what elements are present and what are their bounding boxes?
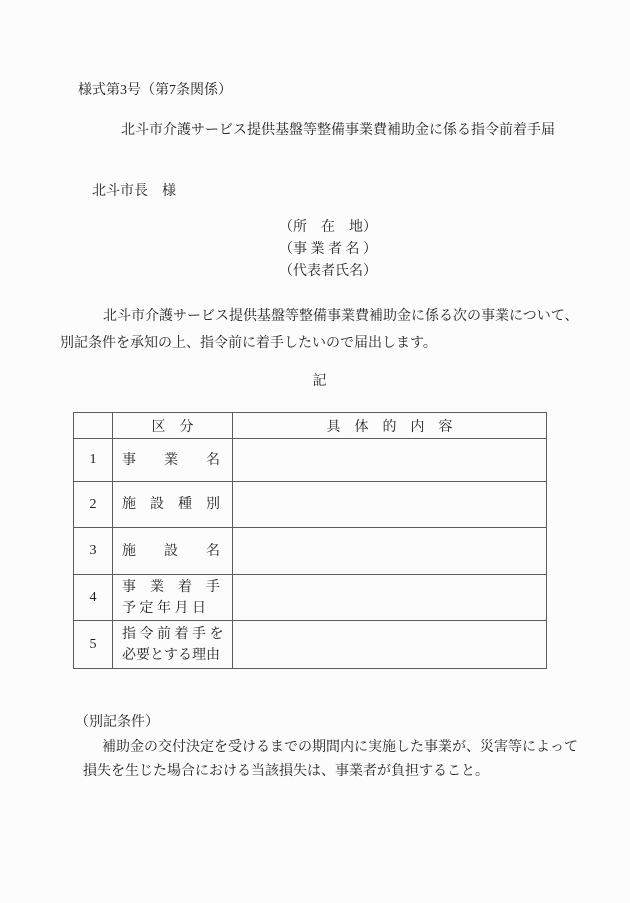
row-2-category-cell: 施 設 種 別 <box>113 482 233 528</box>
document-title: 北斗市介護サービス提供基盤等整備事業費補助金に係る指令前着手届 <box>121 119 555 139</box>
row-4-content-cell <box>233 575 547 621</box>
row-1-content-cell <box>233 439 547 482</box>
conditions-heading: （別記条件） <box>75 711 159 731</box>
applicant-business-name-label: （事 業 者 名 ） <box>279 239 377 261</box>
form-number: 様式第3号（第7条関係） <box>78 79 232 99</box>
applicant-representative-label: （代表者氏名） <box>279 261 377 283</box>
table-header-category: 区 分 <box>113 413 233 439</box>
row-1-category-cell: 事 業 名 <box>113 439 233 482</box>
table-header-detail: 具 体 的 内 容 <box>233 413 547 439</box>
body-paragraph: 北斗市介護サービス提供基盤等整備事業費補助金に係る次の事業について、 別記条件を… <box>60 303 565 357</box>
table-row-3: 3 施 設 名 <box>74 528 547 575</box>
table-header-no-cell <box>74 413 113 439</box>
row-2-category-label: 施 設 種 別 <box>122 494 232 515</box>
applicant-address-label: （所 在 地） <box>279 217 377 239</box>
conditions-line1: 補助金の交付決定を受けるまでの期間内に実施した事業が、災害等によって <box>102 736 578 756</box>
row-5-content-cell <box>233 621 547 669</box>
table-header-row: 区 分 具 体 的 内 容 <box>74 413 547 439</box>
body-paragraph-line2: 別記条件を承知の上、指令前に着手したいので届出します。 <box>60 330 565 357</box>
document-page: 様式第3号（第7条関係） 北斗市介護サービス提供基盤等整備事業費補助金に係る指令… <box>0 0 630 903</box>
addressee-line: 北斗市長 様 <box>92 180 176 200</box>
details-table: 区 分 具 体 的 内 容 1 事 業 名 2 施 設 種 別 3 <box>73 412 547 669</box>
section-mark: 記 <box>0 370 630 390</box>
row-3-number: 3 <box>74 528 113 575</box>
conditions-line2: 損失を生じた場合における当該損失は、事業者が負担すること。 <box>83 760 489 780</box>
row-3-content-cell <box>233 528 547 575</box>
row-5-number: 5 <box>74 621 113 669</box>
table-row-2: 2 施 設 種 別 <box>74 482 547 528</box>
row-5-category-cell: 指 令 前 着 手 を 必要とする理由 <box>113 621 233 669</box>
body-paragraph-line1: 北斗市介護サービス提供基盤等整備事業費補助金に係る次の事業について、 <box>60 303 565 330</box>
row-2-number: 2 <box>74 482 113 528</box>
row-4-category-label-line1: 事 業 着 手 <box>122 577 232 598</box>
row-1-number: 1 <box>74 439 113 482</box>
row-3-category-cell: 施 設 名 <box>113 528 233 575</box>
row-3-category-label: 施 設 名 <box>122 541 232 562</box>
row-1-category-label: 事 業 名 <box>122 450 232 471</box>
table-row-5: 5 指 令 前 着 手 を 必要とする理由 <box>74 621 547 669</box>
row-5-category-label-line1: 指 令 前 着 手 を <box>122 624 232 645</box>
row-5-category-label-line2: 必要とする理由 <box>122 645 232 666</box>
applicant-fields-block: （所 在 地） （事 業 者 名 ） （代表者氏名） <box>279 217 377 283</box>
row-4-category-label-line2: 予 定 年 月 日 <box>122 598 232 619</box>
table-row-1: 1 事 業 名 <box>74 439 547 482</box>
row-2-content-cell <box>233 482 547 528</box>
row-4-category-cell: 事 業 着 手 予 定 年 月 日 <box>113 575 233 621</box>
table-row-4: 4 事 業 着 手 予 定 年 月 日 <box>74 575 547 621</box>
row-4-number: 4 <box>74 575 113 621</box>
